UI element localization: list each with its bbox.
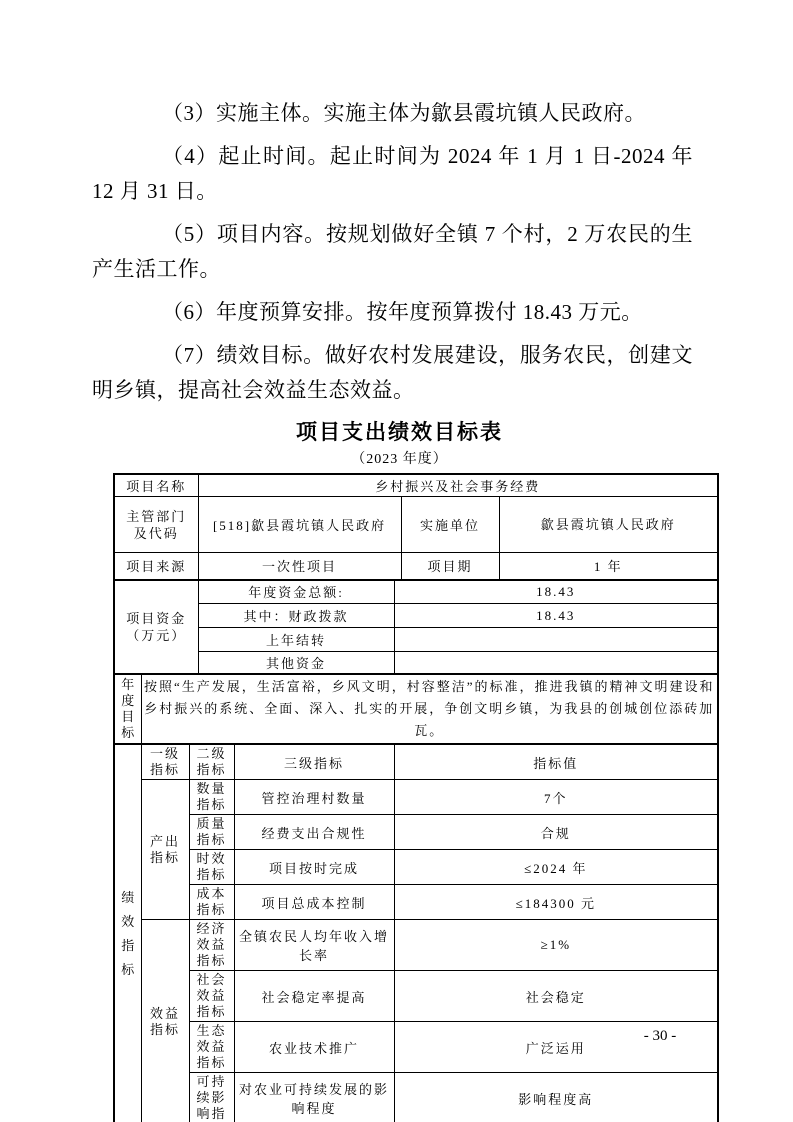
paragraph-4: （4）起止时间。起止时间为 2024 年 1 月 1 日-2024 年 12 月…: [92, 139, 693, 209]
level3-social: 社会稳定率提高: [234, 971, 394, 1022]
level1-benefit: 效益指标: [141, 920, 189, 1122]
level3-cost: 项目总成本控制: [234, 885, 394, 920]
performance-target-table: 项目名称 乡村振兴及社会事务经费 主管部门及代码 [518]歙县霞坑镇人民政府 …: [113, 473, 719, 1122]
header-value: 指标值: [394, 744, 718, 780]
level2-cost: 成本指标: [189, 885, 234, 920]
level2-ecological: 生态效益指标: [189, 1022, 234, 1073]
project-name-value: 乡村振兴及社会事务经费: [198, 474, 718, 497]
funds-carryover-label: 上年结转: [198, 628, 394, 652]
level2-quantity: 数量指标: [189, 780, 234, 815]
funds-total-label: 年度资金总额:: [198, 580, 394, 604]
level3-timeliness: 项目按时完成: [234, 850, 394, 885]
value-social: 社会稳定: [394, 971, 718, 1022]
indicators-label-text: 绩效指标: [121, 886, 135, 982]
paragraph-5: （5）项目内容。按规划做好全镇 7 个村，2 万农民的生产生活工作。: [92, 217, 693, 287]
period-label: 项目期: [401, 553, 499, 580]
level2-social-text: 社会效益指标: [196, 972, 228, 1020]
funds-total-value: 18.43: [394, 580, 718, 604]
impl-unit-label: 实施单位: [401, 497, 499, 553]
level2-timeliness: 时效指标: [189, 850, 234, 885]
department-value: [518]歙县霞坑镇人民政府: [198, 497, 401, 553]
level2-quality-text: 质量指标: [196, 816, 228, 848]
impl-unit-value: 歙县霞坑镇人民政府: [499, 497, 718, 553]
paragraph-3: （3）实施主体。实施主体为歙县霞坑镇人民政府。: [92, 96, 693, 131]
funds-fiscal-value: 18.43: [394, 604, 718, 628]
value-timeliness: ≤2024 年: [394, 850, 718, 885]
level3-quantity: 管控治理村数量: [234, 780, 394, 815]
level3-ecological: 农业技术推广: [234, 1022, 394, 1073]
funds-label: 项目资金（万元）: [114, 580, 198, 675]
level3-quality: 经费支出合规性: [234, 815, 394, 850]
department-label-text: 主管部门及代码: [123, 508, 189, 542]
level2-timeliness-text: 时效指标: [196, 851, 228, 883]
level2-social: 社会效益指标: [189, 971, 234, 1022]
annual-goal-label-text: 年度目标: [121, 677, 135, 741]
funds-carryover-value: [394, 628, 718, 652]
page-number: - 30 -: [615, 1028, 705, 1045]
table-title: 项目支出绩效目标表: [106, 416, 693, 446]
project-name-label: 项目名称: [114, 474, 198, 497]
document-content: （3）实施主体。实施主体为歙县霞坑镇人民政府。 （4）起止时间。起止时间为 20…: [92, 96, 693, 1122]
value-quality: 合规: [394, 815, 718, 850]
annual-goal-label: 年度目标: [114, 674, 141, 744]
level2-quality: 质量指标: [189, 815, 234, 850]
header-level2-text: 二级指标: [196, 746, 228, 778]
level3-economic: 全镇农民人均年收入增长率: [234, 920, 394, 971]
document-page: （3）实施主体。实施主体为歙县霞坑镇人民政府。 （4）起止时间。起止时间为 20…: [0, 0, 793, 1122]
department-label: 主管部门及代码: [114, 497, 198, 553]
level2-economic-text: 经济效益指标: [196, 921, 228, 969]
level2-economic: 经济效益指标: [189, 920, 234, 971]
funds-other-value: [394, 652, 718, 675]
value-economic: ≥1%: [394, 920, 718, 971]
indicators-label: 绩效指标: [114, 744, 141, 1122]
header-level1-text: 一级指标: [149, 746, 181, 778]
funds-other-label: 其他资金: [198, 652, 394, 675]
paragraph-7: （7）绩效目标。做好农村发展建设，服务农民，创建文明乡镇，提高社会效益生态效益。: [92, 338, 693, 408]
annual-goal-text: 按照“生产发展，生活富裕，乡风文明，村容整洁”的标准，推进我镇的精神文明建设和乡…: [141, 674, 718, 744]
source-label: 项目来源: [114, 553, 198, 580]
level3-sustainability: 对农业可持续发展的影响程度: [234, 1073, 394, 1122]
funds-fiscal-label: 其中：财政拨款: [198, 604, 394, 628]
value-quantity: 7个: [394, 780, 718, 815]
level1-output-text: 产出指标: [149, 834, 181, 866]
paragraph-6: （6）年度预算安排。按年度预算拨付 18.43 万元。: [92, 295, 693, 330]
funds-label-text: 项目资金（万元）: [123, 610, 189, 644]
level2-sustainability-text: 可持续影响指: [196, 1074, 228, 1122]
header-level3: 三级指标: [234, 744, 394, 780]
table-subtitle: （2023 年度）: [106, 448, 693, 468]
header-level1: 一级指标: [141, 744, 189, 780]
header-level2: 二级指标: [189, 744, 234, 780]
value-sustainability: 影响程度高: [394, 1073, 718, 1122]
level1-output: 产出指标: [141, 780, 189, 920]
level1-benefit-text: 效益指标: [149, 1006, 181, 1038]
source-value: 一次性项目: [198, 553, 401, 580]
value-cost: ≤184300 元: [394, 885, 718, 920]
level2-quantity-text: 数量指标: [196, 781, 228, 813]
level2-cost-text: 成本指标: [196, 886, 228, 918]
impl-unit-value-text: 歙县霞坑镇人民政府: [536, 511, 680, 538]
level2-sustainability: 可持续影响指: [189, 1073, 234, 1122]
level2-ecological-text: 生态效益指标: [196, 1023, 228, 1071]
period-value: 1 年: [499, 553, 718, 580]
